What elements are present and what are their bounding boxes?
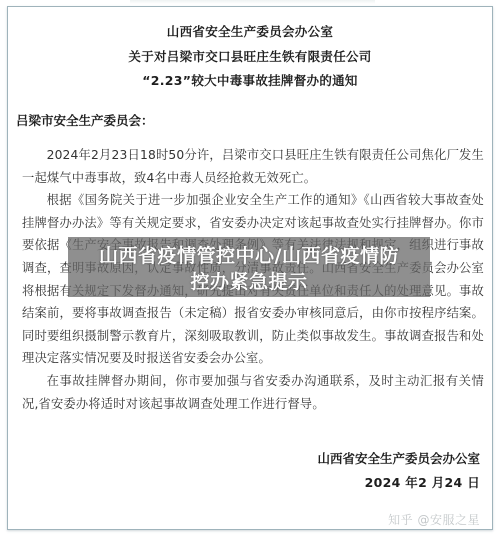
overlay-title-line-1: 山西省疫情管控中心/山西省疫情防 [68, 241, 430, 268]
notice-title-line-2: “2.23”较大中毒事故挂牌督办的通知 [8, 71, 492, 89]
top-edge-shadow [130, 0, 375, 4]
signature-organization: 山西省安全生产委员会办公室 [317, 449, 480, 467]
overlay-title-line-2: 控办紧急提示 [68, 267, 430, 294]
paragraph-supervision: 在事故挂牌督办期间，你市要加强与省安委办沟通联系，及时主动汇报有关情况,省安委办… [22, 370, 484, 415]
paragraph-incident: 2024年2月23日18时50分许，吕梁市交口县旺庄生铁有限责任公司焦化厂发生一… [22, 144, 484, 189]
caption-overlay: 山西省疫情管控中心/山西省疫情防 控办紧急提示 [68, 237, 430, 297]
issuer-heading: 山西省安全生产委员会办公室 [8, 22, 492, 40]
salutation: 吕梁市安全生产委员会： [16, 111, 154, 129]
zhihu-watermark: 知乎 @安服之星 [388, 511, 480, 528]
notice-title-line-1: 关于对吕梁市交口县旺庄生铁有限责任公司 [8, 47, 492, 65]
signature-date: 2024 年2 月24 日 [365, 473, 480, 491]
